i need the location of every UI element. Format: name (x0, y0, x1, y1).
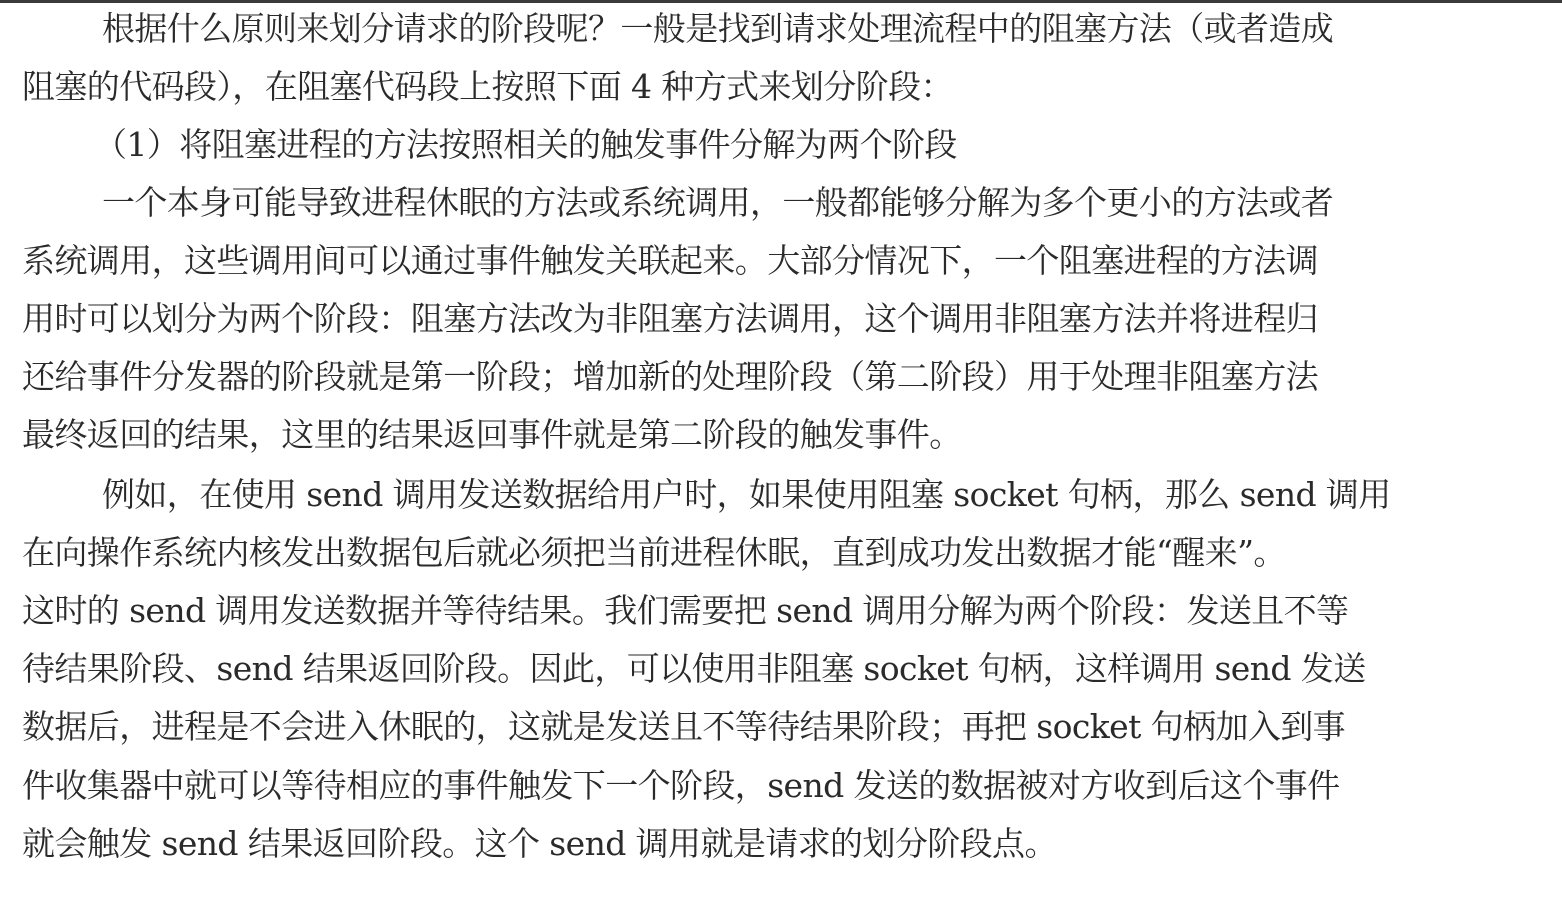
paragraph-3-line-2: 在向操作系统内核发出数据包后就必须把当前进程休眠，直到成功发出数据才能“醒来”。 (22, 524, 1286, 582)
paragraph-3-line-5: 数据后，进程是不会进入休眠的，这就是发送且不等待结果阶段；再把 socket 句… (22, 698, 1345, 756)
list-item-1-heading: （1）将阻塞进程的方法按照相关的触发事件分解为两个阶段 (94, 116, 957, 174)
paragraph-1-line-1: 根据什么原则来划分请求的阶段呢？一般是找到请求处理流程中的阻塞方法（或者造成 (102, 0, 1333, 58)
paragraph-3-line-3: 这时的 send 调用发送数据并等待结果。我们需要把 send 调用分解为两个阶… (22, 582, 1348, 640)
paragraph-3-line-6: 件收集器中就可以等待相应的事件触发下一个阶段，send 发送的数据被对方收到后这… (22, 757, 1340, 815)
paragraph-3-line-1: 例如，在使用 send 调用发送数据给用户时，如果使用阻塞 socket 句柄，… (102, 466, 1391, 524)
paragraph-2-line-5: 最终返回的结果，这里的结果返回事件就是第二阶段的触发事件。 (22, 406, 962, 464)
paragraph-2-line-4: 还给事件分发器的阶段就是第一阶段；增加新的处理阶段（第二阶段）用于处理非阻塞方法 (22, 348, 1318, 406)
paragraph-3-line-4: 待结果阶段、send 结果返回阶段。因此，可以使用非阻塞 socket 句柄，这… (22, 640, 1366, 698)
paragraph-1-line-2: 阻塞的代码段），在阻塞代码段上按照下面 4 种方式来划分阶段： (22, 58, 953, 116)
paragraph-2-line-3: 用时可以划分为两个阶段：阻塞方法改为非阻塞方法调用，这个调用非阻塞方法并将进程归 (22, 290, 1318, 348)
paragraph-3-line-7: 就会触发 send 结果返回阶段。这个 send 调用就是请求的划分阶段点。 (22, 815, 1057, 873)
paragraph-2-line-2: 系统调用，这些调用间可以通过事件触发关联起来。大部分情况下，一个阻塞进程的方法调 (22, 232, 1318, 290)
paragraph-2-line-1: 一个本身可能导致进程休眠的方法或系统调用，一般都能够分解为多个更小的方法或者 (102, 174, 1333, 232)
